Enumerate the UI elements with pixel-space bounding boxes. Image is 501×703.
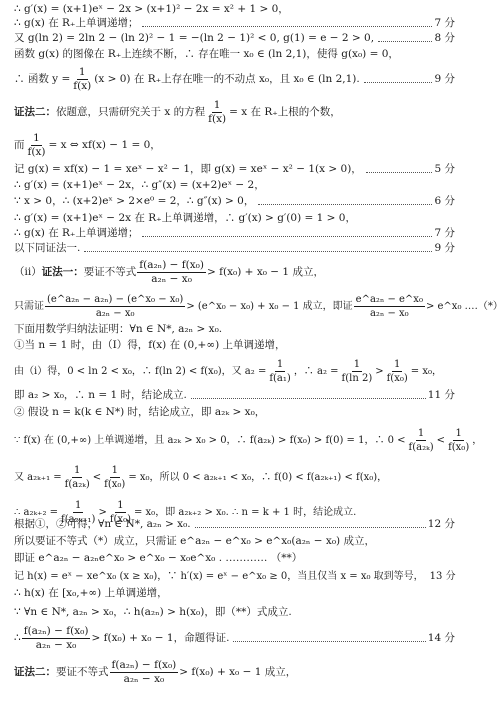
dot-leader: [258, 204, 432, 205]
fraction-numerator: e^a₂ₙ − e^x₀: [354, 293, 425, 307]
dot-leader: [142, 236, 432, 237]
line-text-mid: >: [98, 506, 106, 519]
math-line-11: ∴ g′(x) = (x+1)eˣ − 2x 在 R₊上单调递增，∴ g′(x)…: [14, 212, 455, 225]
line-text: 记 g(x) = xf(x) − 1 = xeˣ − x² − 1，即 g(x)…: [14, 163, 362, 176]
fraction-numerator: 1: [392, 358, 402, 372]
line-text-post: = x ⇔ xf(x) − 1 = 0，: [49, 139, 161, 152]
fraction: 1 f(ln 2): [340, 358, 375, 385]
fraction-numerator: 1: [275, 358, 285, 372]
math-line-20: ② 假设 n = k(k ∈ N*) 时，结论成立，即 a₂ₖ > x₀，: [14, 406, 455, 419]
line-text: ∴ g(x) 在 R₊上单调递增；: [14, 17, 138, 30]
line-text: 下面用数学归纳法证明：∀n ∈ N*, a₂ₙ > x₀.: [14, 323, 222, 336]
score-label: 6 分: [434, 195, 455, 208]
line-text: 即证 e^a₂ₙ − a₂ₙe^x₀ > e^x₀ − x₀e^x₀ . …………: [14, 552, 302, 565]
math-line-9: ∴ g′(x) = (x+1)eˣ − 2x，∴ g″(x) = (x+2)eˣ…: [14, 179, 455, 192]
line-text: 函数 g(x) 的图像在 R₊上连续不断，∴ 存在唯一 x₀ ∈ (ln 2,1…: [14, 48, 399, 61]
math-line-16: 下面用数学归纳法证明：∀n ∈ N*, a₂ₙ > x₀.: [14, 323, 455, 336]
line-text: 要证不等式: [56, 666, 109, 679]
line-text-post: > e^x₀ .…（*）: [426, 300, 501, 313]
fraction-denominator: a₂ₙ − x₀: [368, 307, 411, 320]
proof-label: 证法一：: [42, 266, 84, 279]
math-line-15: 只需证 (e^a₂ₙ − a₂ₙ) − (e^x₀ − x₀) a₂ₙ − x₀…: [14, 290, 455, 322]
dot-leader: [378, 41, 432, 42]
fraction-numerator: 1: [416, 427, 426, 441]
math-line-3: 又 g(ln 2) = 2ln 2 − (ln 2)² − 1 = −(ln 2…: [14, 32, 455, 45]
fraction-numerator: f(a₂ₙ) − f(x₀): [110, 659, 179, 673]
line-text: 即 a₂ > x₀，∴ n = 1 时，结论成立.: [14, 389, 187, 402]
math-line-24: 根据①，②可得，∀n ∈ N*, a₂ₙ > x₀. 12 分: [14, 518, 455, 531]
fraction: 1 f(a₂ₖ): [63, 464, 92, 491]
line-text: ∵ x > 0，∴ (x+2)eˣ > 2×e⁰ = 2，∴ g″(x) > 0…: [14, 195, 254, 208]
line-text-post: ，: [472, 434, 482, 447]
math-line-31: 证法二： 要证不等式 f(a₂ₙ) − f(x₀) a₂ₙ − x₀ > f(x…: [14, 656, 455, 688]
line-text: 根据①，②可得，∀n ∈ N*, a₂ₙ > x₀.: [14, 518, 191, 531]
dot-leader: [195, 527, 426, 528]
score-label: 7 分: [434, 227, 455, 240]
fraction-numerator: (e^a₂ₙ − a₂ₙ) − (e^x₀ − x₀): [45, 293, 185, 307]
fraction: 1 f(a₂ₖ): [407, 427, 436, 454]
fraction-numerator: 1: [115, 499, 125, 513]
line-text-mid2: >: [375, 365, 383, 378]
fraction: 1 f(x): [71, 66, 93, 93]
line-text-post: > f(x₀) + x₀ − 1 成立，: [179, 666, 296, 679]
fraction-numerator: 1: [212, 99, 223, 113]
fraction: 1 f(x): [206, 99, 228, 126]
fraction-numerator: 1: [453, 427, 463, 441]
score-label: 13 分: [430, 570, 456, 583]
dot-leader: [191, 398, 426, 399]
fraction-denominator: f(x): [26, 146, 48, 159]
dot-leader: [364, 82, 433, 83]
dot-leader: [142, 26, 432, 27]
line-text-post: = x 在 R₊上根的个数，: [229, 106, 341, 119]
fraction-numerator: 1: [77, 66, 88, 80]
score-label: 11 分: [428, 389, 455, 402]
fraction: e^a₂ₙ − e^x₀ a₂ₙ − x₀: [354, 293, 425, 320]
fraction-numerator: f(a₂ₙ) − f(x₀): [22, 625, 91, 639]
math-line-6: 证法二： 依题意，只需研究关于 x 的方程 1 f(x) = x 在 R₊上根的…: [14, 97, 455, 127]
fraction: f(a₂ₙ) − f(x₀) a₂ₙ − x₀: [110, 659, 179, 686]
line-text: ∴ g′(x) = (x+1)eˣ − 2x，∴ g″(x) = (x+2)eˣ…: [14, 179, 265, 192]
score-label: 12 分: [428, 518, 455, 531]
line-text: ∴ g′(x) = (x+1)eˣ − 2x > (x+1)² − 2x = x…: [14, 3, 289, 16]
fraction-denominator: f(x): [71, 80, 93, 93]
line-text: 由（i）得，0 < ln 2 < x₀，∴ f(ln 2) < f(x₀)，又 …: [14, 365, 266, 378]
line-text: ∵ ∀n ∈ N*, a₂ₙ > x₀，∴ h(a₂ₙ) > h(x₀)，即（*…: [14, 606, 292, 619]
fraction: 1 f(x₀): [102, 464, 127, 491]
fraction-denominator: f(x₀): [446, 441, 471, 454]
line-text: ∴ 函数 y =: [14, 73, 70, 86]
fraction-denominator: a₂ₙ − x₀: [149, 273, 194, 286]
math-line-26: 即证 e^a₂ₙ − a₂ₙe^x₀ > e^x₀ − x₀e^x₀ . …………: [14, 552, 455, 565]
fraction-denominator: a₂ₙ − x₀: [34, 639, 79, 652]
line-text: ∴ h(x) 在 [x₀,+∞) 上单调递增，: [14, 587, 168, 600]
line-text: 又 a₂ₖ₊₁ =: [14, 471, 62, 484]
math-line-7: 而 1 f(x) = x ⇔ xf(x) − 1 = 0，: [14, 130, 455, 160]
score-label: 9 分: [434, 242, 455, 255]
fraction: 1 f(x₀): [385, 358, 410, 385]
line-text: 要证不等式: [84, 266, 137, 279]
line-text: ∴: [14, 632, 21, 645]
math-line-1: ∴ g′(x) = (x+1)eˣ − 2x > (x+1)² − 2x = x…: [14, 3, 455, 16]
fraction-denominator: f(a₂ₖ): [407, 441, 436, 454]
fraction-denominator: f(a₁): [267, 372, 292, 385]
math-line-28: ∴ h(x) 在 [x₀,+∞) 上单调递增，: [14, 587, 455, 600]
fraction-numerator: 1: [31, 132, 42, 146]
line-text: ② 假设 n = k(k ∈ N*) 时，结论成立，即 a₂ₖ > x₀，: [14, 406, 265, 419]
math-line-13: 以下同证法一. 9 分: [14, 242, 455, 255]
line-text: 而: [14, 139, 25, 152]
fraction-denominator: f(ln 2): [340, 372, 375, 385]
fraction-numerator: 1: [352, 358, 362, 372]
fraction-denominator: a₂ₙ − x₀: [122, 673, 167, 686]
fraction-denominator: f(x₀): [102, 478, 127, 491]
line-text: ∵ f(x) 在 (0,+∞) 上单调递增，且 a₂ₖ > x₀ > 0，∴ f…: [14, 434, 406, 447]
line-text-post: = x₀，即 a₂ₖ₊₂ > x₀. ∴ n = k + 1 时，结论成立.: [134, 506, 356, 519]
fraction: f(a₂ₙ) − f(x₀) a₂ₙ − x₀: [22, 625, 91, 652]
fraction: 1 f(a₁): [267, 358, 292, 385]
math-line-8: 记 g(x) = xf(x) − 1 = xeˣ − x² − 1，即 g(x)…: [14, 163, 455, 176]
part-prefix: （ii）: [14, 266, 42, 279]
score-label: 7 分: [434, 17, 455, 30]
math-line-25: 所以要证不等式（*）成立，只需证 e^a₂ₙ − e^x₀ > e^x₀(a₂ₙ…: [14, 535, 455, 548]
line-text: ∴ g′(x) = (x+1)eˣ − 2x 在 R₊上单调递增，∴ g′(x)…: [14, 212, 356, 225]
fraction-numerator: f(a₂ₙ) − f(x₀): [137, 259, 206, 273]
line-text: 依题意，只需研究关于 x 的方程: [56, 106, 205, 119]
fraction-numerator: 1: [73, 499, 83, 513]
math-line-30: ∴ f(a₂ₙ) − f(x₀) a₂ₙ − x₀ > f(x₀) + x₀ −…: [14, 622, 455, 654]
dot-leader: [84, 251, 432, 252]
line-text-mid: <: [93, 471, 101, 484]
proof-label: 证法二：: [14, 666, 56, 679]
fraction-denominator: f(x₀): [385, 372, 410, 385]
math-line-29: ∵ ∀n ∈ N*, a₂ₙ > x₀，∴ h(a₂ₙ) > h(x₀)，即（*…: [14, 606, 455, 619]
line-text: ∴ a₂ₖ₊₂ =: [14, 506, 58, 519]
score-label: 9 分: [434, 73, 455, 86]
score-label: 5 分: [434, 163, 455, 176]
line-text: 只需证: [14, 300, 44, 313]
line-text-mid: <: [437, 434, 445, 447]
score-label: 14 分: [428, 632, 455, 645]
fraction-denominator: f(a₂ₖ): [63, 478, 92, 491]
line-text: 所以要证不等式（*）成立，只需证 e^a₂ₙ − e^x₀ > e^x₀(a₂ₙ…: [14, 535, 375, 548]
math-line-18: 由（i）得，0 < ln 2 < x₀，∴ f(ln 2) < f(x₀)，又 …: [14, 355, 455, 387]
line-text: 记 h(x) = eˣ − xe^x₀ (x ≥ x₀)，∵ h′(x) = e…: [14, 570, 424, 583]
line-text-post: > f(x₀) + x₀ − 1 成立，: [207, 266, 324, 279]
line-text-post: = x₀，: [411, 365, 442, 378]
line-text-post: (x > 0) 在 R₊上存在唯一的不动点 x₀，且 x₀ ∈ (ln 2,1)…: [94, 73, 359, 86]
fraction-denominator: f(x): [206, 113, 228, 126]
line-text: ∴ g(x) 在 R₊上单调递增；: [14, 227, 138, 240]
fraction: 1 f(x₀): [446, 427, 471, 454]
math-line-4: 函数 g(x) 的图像在 R₊上连续不断，∴ 存在唯一 x₀ ∈ (ln 2,1…: [14, 48, 455, 61]
line-text-post: = x₀，所以 0 < a₂ₖ₊₁ < x₀，∴ f(0) < f(a₂ₖ₊₁)…: [128, 471, 387, 484]
fraction: 1 f(x): [26, 132, 48, 159]
math-line-5: ∴ 函数 y = 1 f(x) (x > 0) 在 R₊上存在唯一的不动点 x₀…: [14, 64, 455, 94]
math-line-22: 又 a₂ₖ₊₁ = 1 f(a₂ₖ) < 1 f(x₀) = x₀，所以 0 <…: [14, 461, 455, 493]
fraction: f(a₂ₙ) − f(x₀) a₂ₙ − x₀: [137, 259, 206, 286]
line-text: 以下同证法一.: [14, 242, 80, 255]
fraction: (e^a₂ₙ − a₂ₙ) − (e^x₀ − x₀) a₂ₙ − x₀: [45, 293, 185, 320]
line-text-mid: > (e^x₀ − x₀) + x₀ − 1 成立，即证: [186, 300, 352, 313]
fraction-numerator: 1: [110, 464, 120, 478]
math-line-17: ①当 n = 1 时，由（Ⅰ）得，f(x) 在 (0,+∞) 上单调递增，: [14, 339, 455, 352]
math-line-27: 记 h(x) = eˣ − xe^x₀ (x ≥ x₀)，∵ h′(x) = e…: [14, 570, 455, 583]
math-line-19: 即 a₂ > x₀，∴ n = 1 时，结论成立. 11 分: [14, 389, 455, 402]
math-line-21: ∵ f(x) 在 (0,+∞) 上单调递增，且 a₂ₖ > x₀ > 0，∴ f…: [14, 424, 455, 456]
dot-leader: [233, 641, 425, 642]
math-line-14: （ii） 证法一： 要证不等式 f(a₂ₙ) − f(x₀) a₂ₙ − x₀ …: [14, 256, 455, 288]
line-text: 又 g(ln 2) = 2ln 2 − (ln 2)² − 1 = −(ln 2…: [14, 32, 374, 45]
math-line-2: ∴ g(x) 在 R₊上单调递增； 7 分: [14, 17, 455, 30]
line-text-post: > f(x₀) + x₀ − 1，命题得证.: [91, 632, 229, 645]
line-text-mid: ，∴ a₂ =: [294, 365, 339, 378]
line-text: ①当 n = 1 时，由（Ⅰ）得，f(x) 在 (0,+∞) 上单调递增，: [14, 339, 286, 352]
fraction-denominator: a₂ₙ − x₀: [94, 307, 137, 320]
fraction-numerator: 1: [72, 464, 82, 478]
math-line-10: ∵ x > 0，∴ (x+2)eˣ > 2×e⁰ = 2，∴ g″(x) > 0…: [14, 195, 455, 208]
dot-leader: [366, 172, 433, 173]
score-label: 8 分: [434, 32, 455, 45]
proof-label: 证法二：: [14, 106, 56, 119]
math-line-12: ∴ g(x) 在 R₊上单调递增； 7 分: [14, 227, 455, 240]
